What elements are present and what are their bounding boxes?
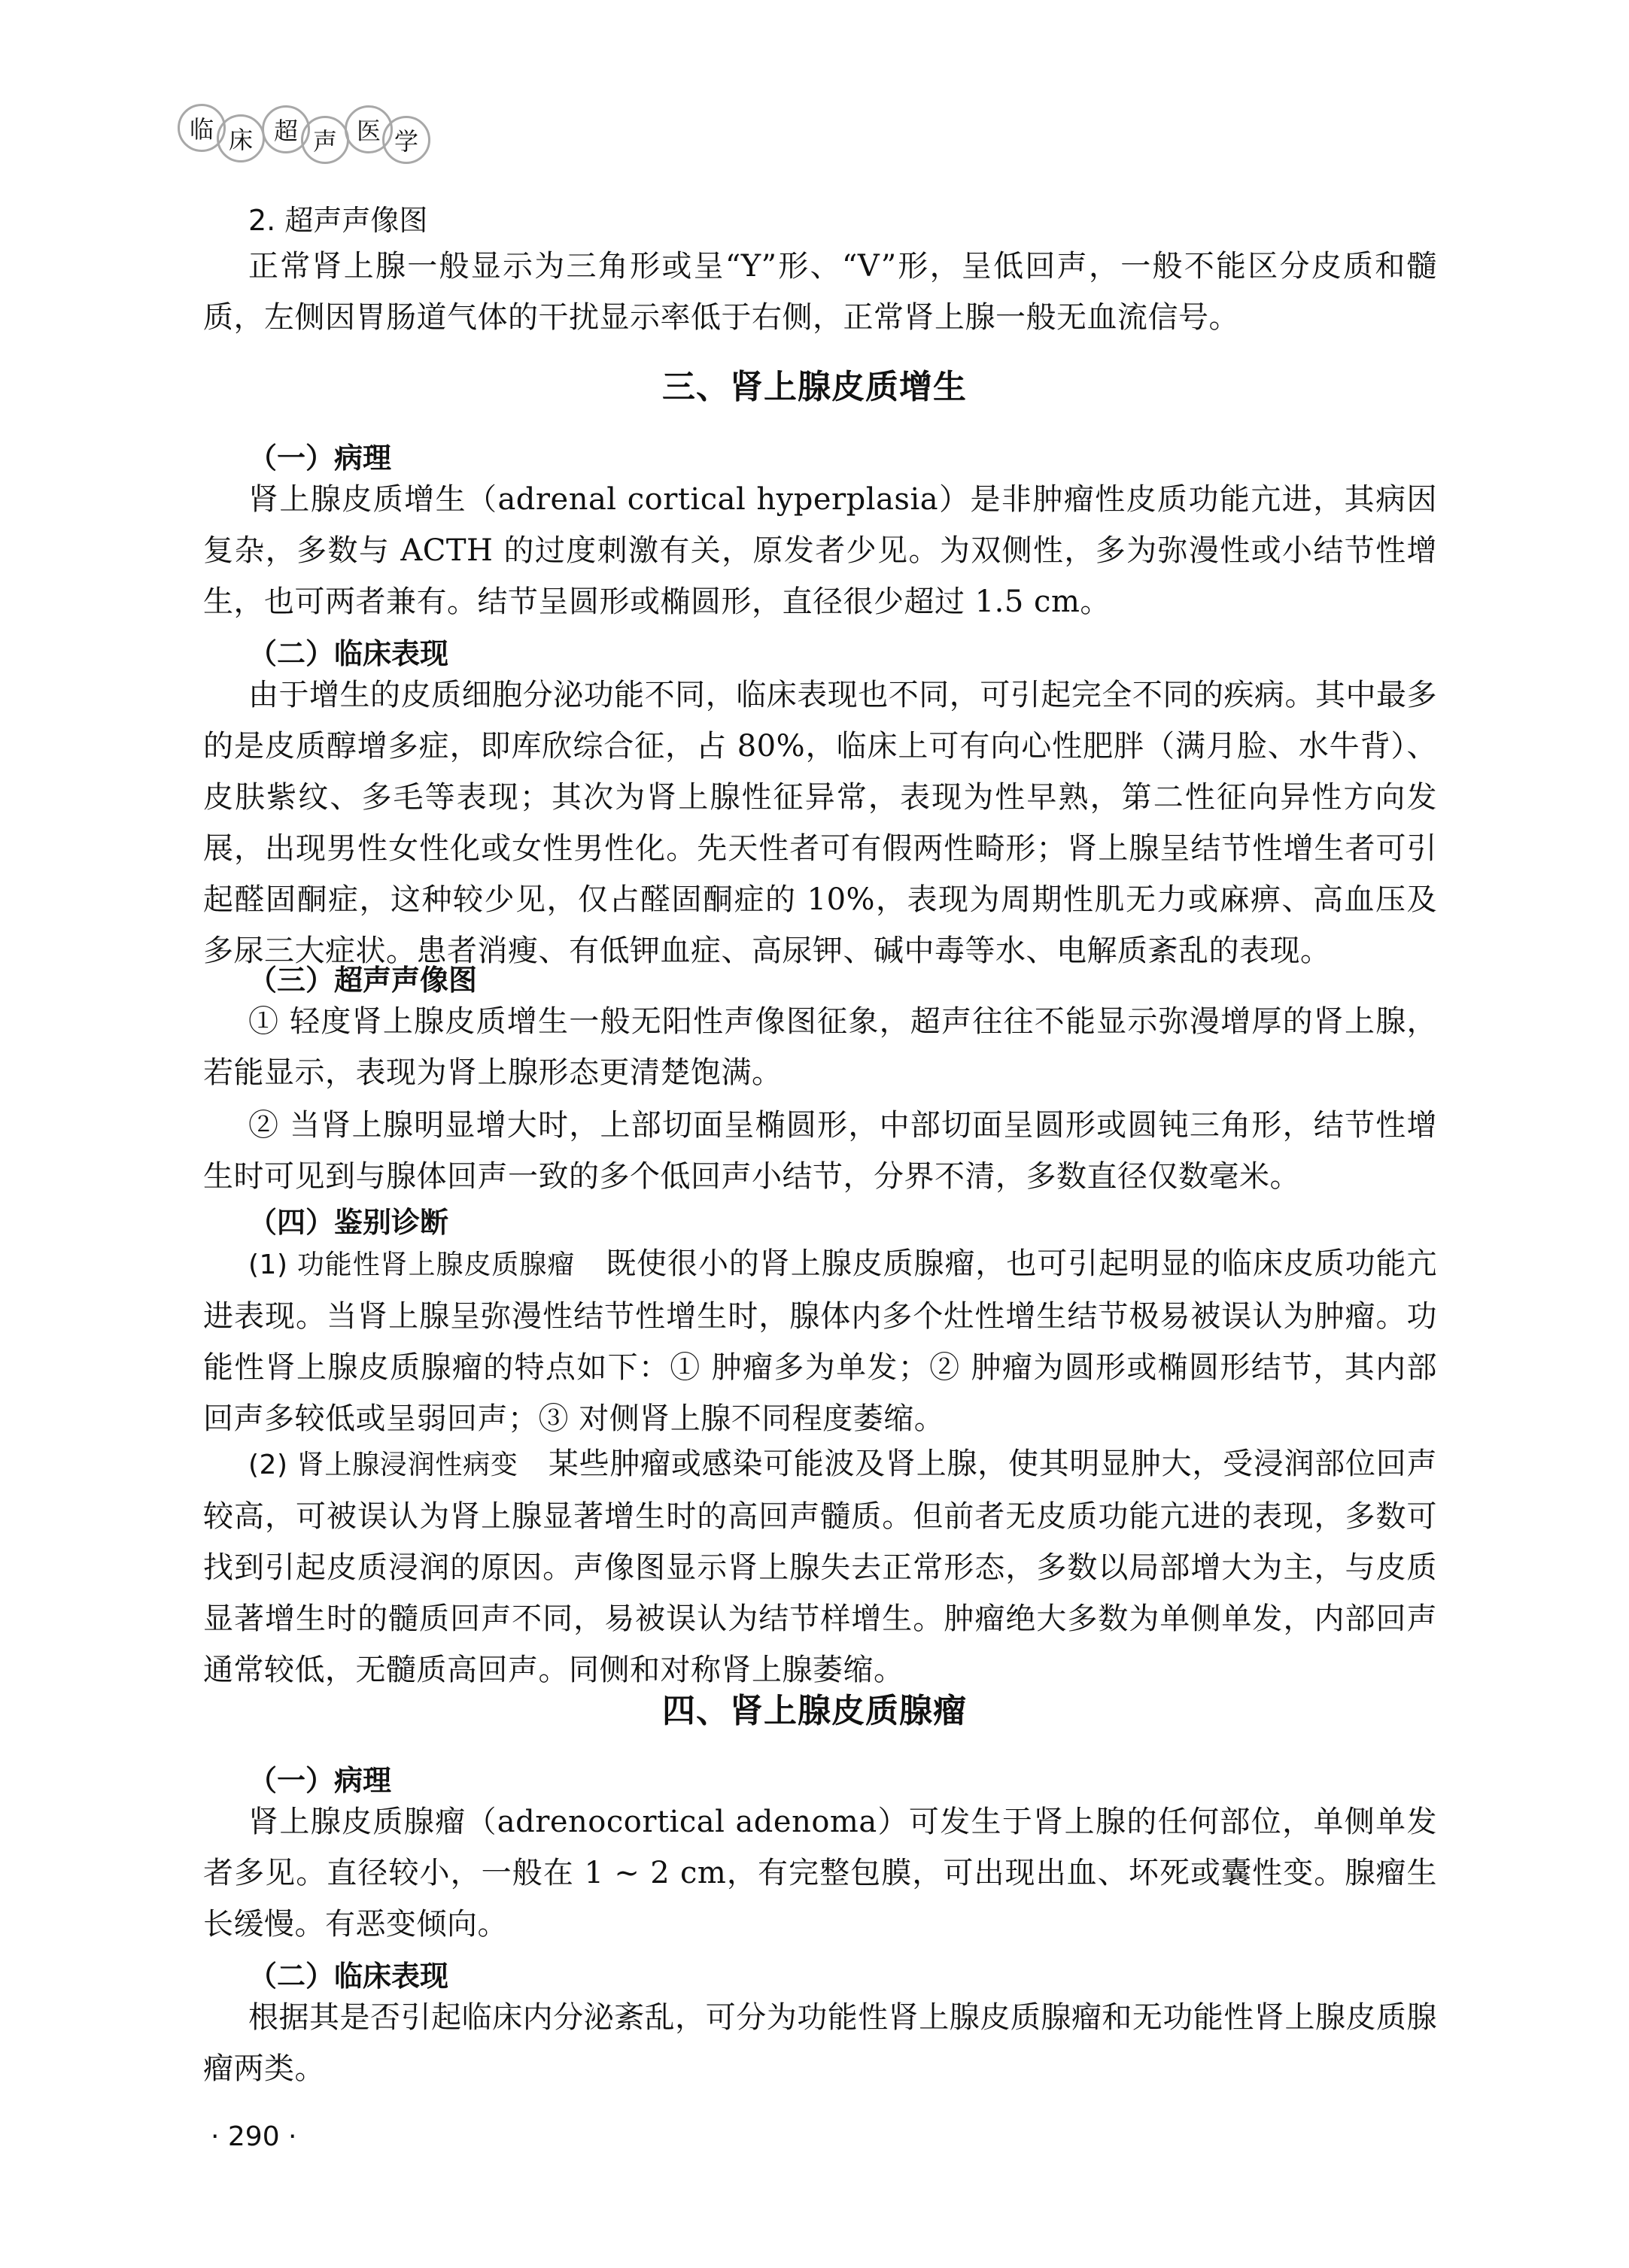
- section-title-adenoma: 四、肾上腺皮质腺瘤: [0, 1684, 1629, 1732]
- subheading-pathology: （一）病理: [248, 435, 391, 476]
- paragraph-normal-ultrasound: 正常肾上腺一般显示为三角形或呈“Y”形、“V”形，呈低回声，一般不能区分皮质和髓…: [203, 241, 1437, 343]
- paragraph-differential-item-2: (2) 肾上腺浸润性病变 某些肿瘤或感染可能波及肾上腺，使其明显肿大，受浸润部位…: [203, 1438, 1437, 1696]
- logo-char-6: 学: [382, 116, 430, 164]
- book-title-logo: 临 床 超 声 医 学: [178, 104, 463, 164]
- paragraph-ultrasound-item-2: ② 当肾上腺明显增大时，上部切面呈椭圆形，中部切面呈圆形或圆钝三角形，结节性增生…: [203, 1100, 1437, 1202]
- differential-item-2-text: 某些肿瘤或感染可能波及肾上腺，使其明显肿大，受浸润部位回声较高，可被误认为肾上腺…: [203, 1447, 1437, 1687]
- numbered-heading-ultrasound: 2. 超声声像图: [248, 197, 427, 238]
- subheading-ultrasound: （三）超声声像图: [248, 957, 477, 998]
- paragraph-differential-item-1: (1) 功能性肾上腺皮质腺瘤 既使很小的肾上腺皮质腺瘤，也可引起明显的临床皮质功…: [203, 1238, 1437, 1444]
- subheading-adenoma-pathology: （一）病理: [248, 1757, 391, 1799]
- differential-item-2-lead: (2) 肾上腺浸润性病变: [248, 1450, 518, 1480]
- logo-char-2: 床: [217, 114, 265, 162]
- differential-item-1-lead: (1) 功能性肾上腺皮质腺瘤: [248, 1249, 575, 1280]
- page-number: · 290 ·: [211, 2121, 297, 2152]
- paragraph-hyperplasia-clinical: 由于增生的皮质细胞分泌功能不同，临床表现也不同，可引起完全不同的疾病。其中最多的…: [203, 669, 1437, 976]
- paragraph-adenoma-clinical: 根据其是否引起临床内分泌紊乱，可分为功能性肾上腺皮质腺瘤和无功能性肾上腺皮质腺瘤…: [203, 1992, 1437, 2094]
- section-title-hyperplasia: 三、肾上腺皮质增生: [0, 360, 1629, 408]
- paragraph-adenoma-pathology: 肾上腺皮质腺瘤（adrenocortical adenoma）可发生于肾上腺的任…: [203, 1796, 1437, 1950]
- paragraph-ultrasound-item-1: ① 轻度肾上腺皮质增生一般无阳性声像图征象，超声往往不能显示弥漫增厚的肾上腺，若…: [203, 996, 1437, 1098]
- subheading-adenoma-clinical: （二）临床表现: [248, 1953, 448, 1994]
- subheading-clinical: （二）临床表现: [248, 630, 448, 672]
- subheading-differential: （四）鉴别诊断: [248, 1199, 448, 1240]
- logo-char-4: 声: [301, 116, 349, 164]
- paragraph-hyperplasia-pathology: 肾上腺皮质增生（adrenal cortical hyperplasia）是非肿…: [203, 474, 1437, 627]
